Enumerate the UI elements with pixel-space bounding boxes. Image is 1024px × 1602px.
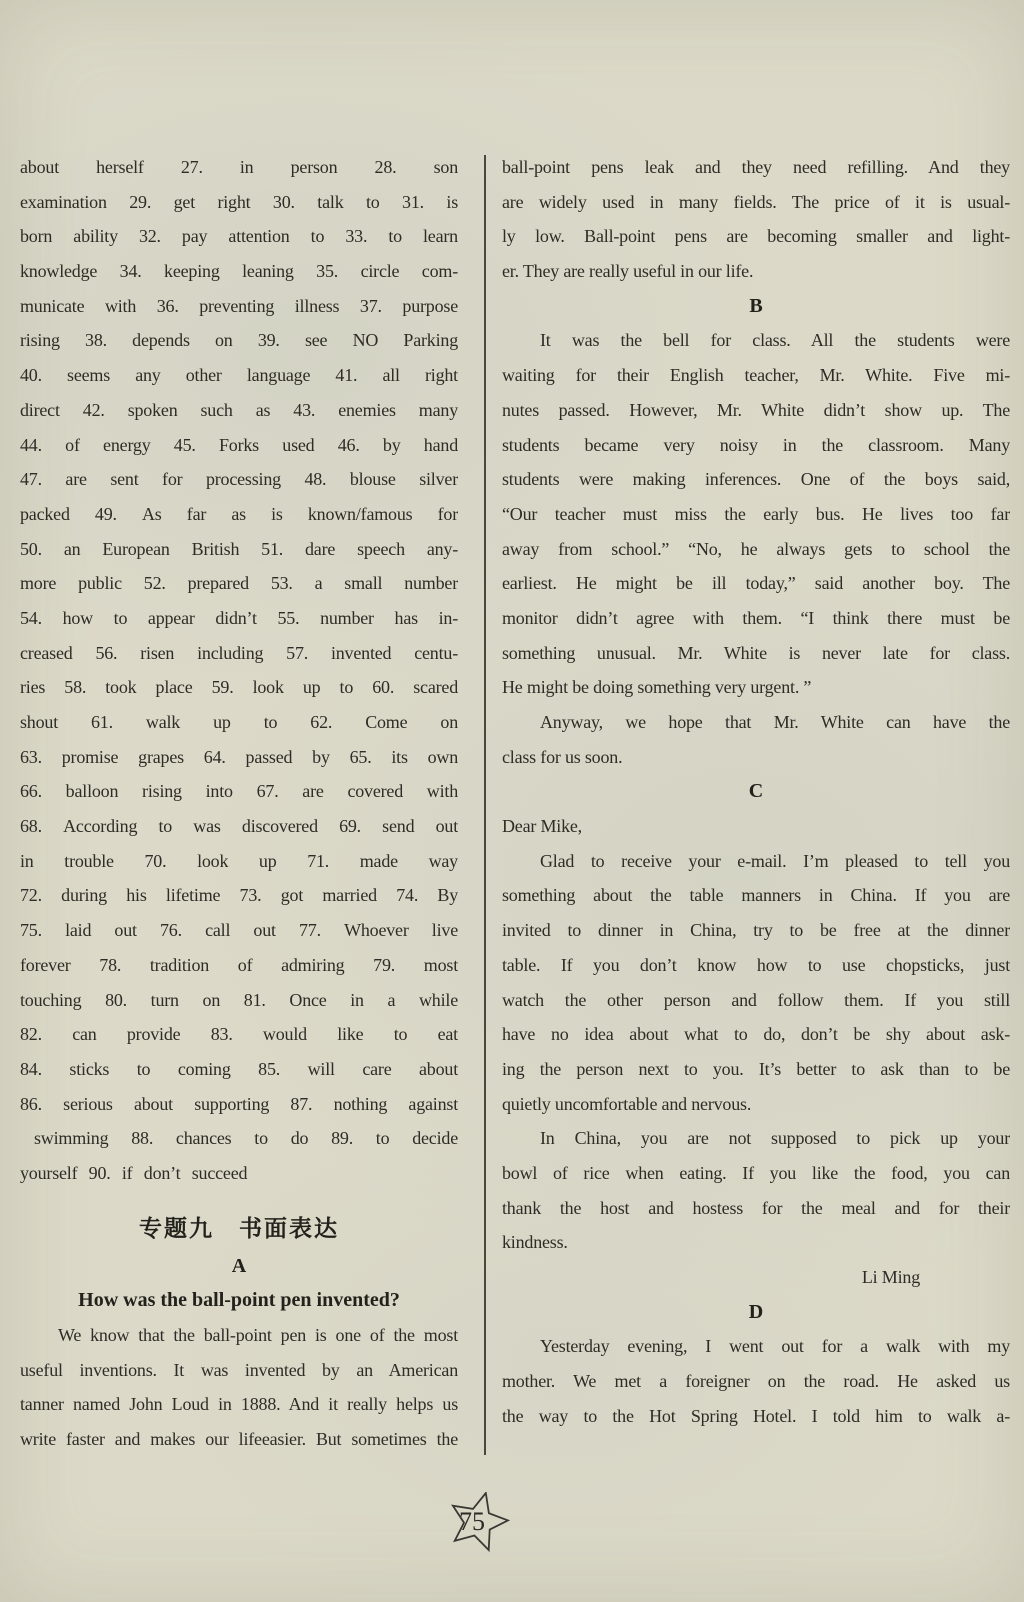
text-line: 50. an European British 51. dare speech … — [20, 532, 458, 567]
section-label: A — [20, 1249, 458, 1284]
text-line: ing the person next to you. It’s better … — [502, 1052, 1010, 1087]
text-line: 75. laid out 76. call out 77. Whoever li… — [20, 913, 458, 948]
text-line: class for us soon. — [502, 740, 1010, 775]
section-label: D — [502, 1295, 1010, 1330]
column-divider — [484, 155, 486, 1455]
text-line: kindness. — [502, 1225, 1010, 1260]
text-line: tanner named John Loud in 1888. And it r… — [20, 1387, 458, 1422]
text-line: forever 78. tradition of admiring 79. mo… — [20, 948, 458, 983]
text-line: ly low. Ball-point pens are becoming sma… — [502, 219, 1010, 254]
section-label: C — [502, 774, 1010, 809]
left-column: about herself 27. in person 28. sonexami… — [20, 150, 458, 1457]
text-line: examination 29. get right 30. talk to 31… — [20, 185, 458, 220]
text-line: er. They are really useful in our life. — [502, 254, 1010, 289]
text-line: thank the host and hostess for the meal … — [502, 1191, 1010, 1226]
text-line: have no idea about what to do, don’t be … — [502, 1017, 1010, 1052]
text-line: Anyway, we hope that Mr. White can have … — [502, 705, 1010, 740]
text-line: 68. According to was discovered 69. send… — [20, 809, 458, 844]
text-line: about herself 27. in person 28. son — [20, 150, 458, 185]
text-line: ries 58. took place 59. look up to 60. s… — [20, 670, 458, 705]
text-line: direct 42. spoken such as 43. enemies ma… — [20, 393, 458, 428]
text-line: monitor didn’t agree with them. “I think… — [502, 601, 1010, 636]
text-line: Glad to receive your e-mail. I’m pleased… — [502, 844, 1010, 879]
page-number: 75 — [446, 1507, 498, 1537]
text-line: 72. during his lifetime 73. got married … — [20, 878, 458, 913]
text-line: students became very noisy in the classr… — [502, 428, 1010, 463]
text-line: 86. serious about supporting 87. nothing… — [20, 1087, 458, 1122]
text-line: 54. how to appear didn’t 55. number has … — [20, 601, 458, 636]
text-line: born ability 32. pay attention to 33. to… — [20, 219, 458, 254]
text-line: students were making inferences. One of … — [502, 462, 1010, 497]
text-line: Dear Mike, — [502, 809, 1010, 844]
text-line: creased 56. risen including 57. invented… — [20, 636, 458, 671]
text-line: mother. We met a foreigner on the road. … — [502, 1364, 1010, 1399]
text-line: “Our teacher must miss the early bus. He… — [502, 497, 1010, 532]
text-line: yourself 90. if don’t succeed — [20, 1156, 458, 1191]
text-line: watch the other person and follow them. … — [502, 983, 1010, 1018]
text-line: bowl of rice when eating. If you like th… — [502, 1156, 1010, 1191]
text-line: nutes passed. However, Mr. White didn’t … — [502, 393, 1010, 428]
page-number-badge: 75 — [446, 1492, 510, 1554]
text-line: useful inventions. It was invented by an… — [20, 1353, 458, 1388]
text-line: are widely used in many fields. The pric… — [502, 185, 1010, 220]
text-line: He might be doing something very urgent.… — [502, 670, 1010, 705]
text-line: waiting for their English teacher, Mr. W… — [502, 358, 1010, 393]
text-line: table. If you don’t know how to use chop… — [502, 948, 1010, 983]
text-line: something about the table manners in Chi… — [502, 878, 1010, 913]
text-line: knowledge 34. keeping leaning 35. circle… — [20, 254, 458, 289]
text-line: ball-point pens leak and they need refil… — [502, 150, 1010, 185]
text-line: shout 61. walk up to 62. Come on — [20, 705, 458, 740]
text-line: away from school.” “No, he always gets t… — [502, 532, 1010, 567]
text-line: 40. seems any other language 41. all rig… — [20, 358, 458, 393]
text-line: the way to the Hot Spring Hotel. I told … — [502, 1399, 1010, 1434]
text-line: 63. promise grapes 64. passed by 65. its… — [20, 740, 458, 775]
text-line: 82. can provide 83. would like to eat — [20, 1017, 458, 1052]
topic-heading: 专题九 书面表达 — [20, 1209, 458, 1249]
text-line: in trouble 70. look up 71. made way — [20, 844, 458, 879]
text-line: It was the bell for class. All the stude… — [502, 323, 1010, 358]
text-line: packed 49. As far as is known/famous for — [20, 497, 458, 532]
text-line: In China, you are not supposed to pick u… — [502, 1121, 1010, 1156]
section-label: B — [502, 289, 1010, 324]
text-line: earliest. He might be ill today,” said a… — [502, 566, 1010, 601]
text-line: Yesterday evening, I went out for a walk… — [502, 1329, 1010, 1364]
text-line: rising 38. depends on 39. see NO Parking — [20, 323, 458, 358]
text-line: invited to dinner in China, try to be fr… — [502, 913, 1010, 948]
text-line: something unusual. Mr. White is never la… — [502, 636, 1010, 671]
text-line: 47. are sent for processing 48. blouse s… — [20, 462, 458, 497]
text-line: 84. sticks to coming 85. will care about — [20, 1052, 458, 1087]
essay-title: How was the ball-point pen invented? — [20, 1283, 458, 1318]
text-line: swimming 88. chances to do 89. to decide — [20, 1121, 458, 1156]
text-line: municate with 36. preventing illness 37.… — [20, 289, 458, 324]
text-line: 44. of energy 45. Forks used 46. by hand — [20, 428, 458, 463]
text-line: touching 80. turn on 81. Once in a while — [20, 983, 458, 1018]
text-line: quietly uncomfortable and nervous. — [502, 1087, 1010, 1122]
signature: Li Ming — [502, 1260, 1010, 1295]
text-line: more public 52. prepared 53. a small num… — [20, 566, 458, 601]
right-column: ball-point pens leak and they need refil… — [502, 150, 1010, 1433]
text-line: We know that the ball-point pen is one o… — [20, 1318, 458, 1353]
text-line: 66. balloon rising into 67. are covered … — [20, 774, 458, 809]
text-line: write faster and makes our lifeeasier. B… — [20, 1422, 458, 1457]
book-page: about herself 27. in person 28. sonexami… — [0, 0, 1024, 1602]
